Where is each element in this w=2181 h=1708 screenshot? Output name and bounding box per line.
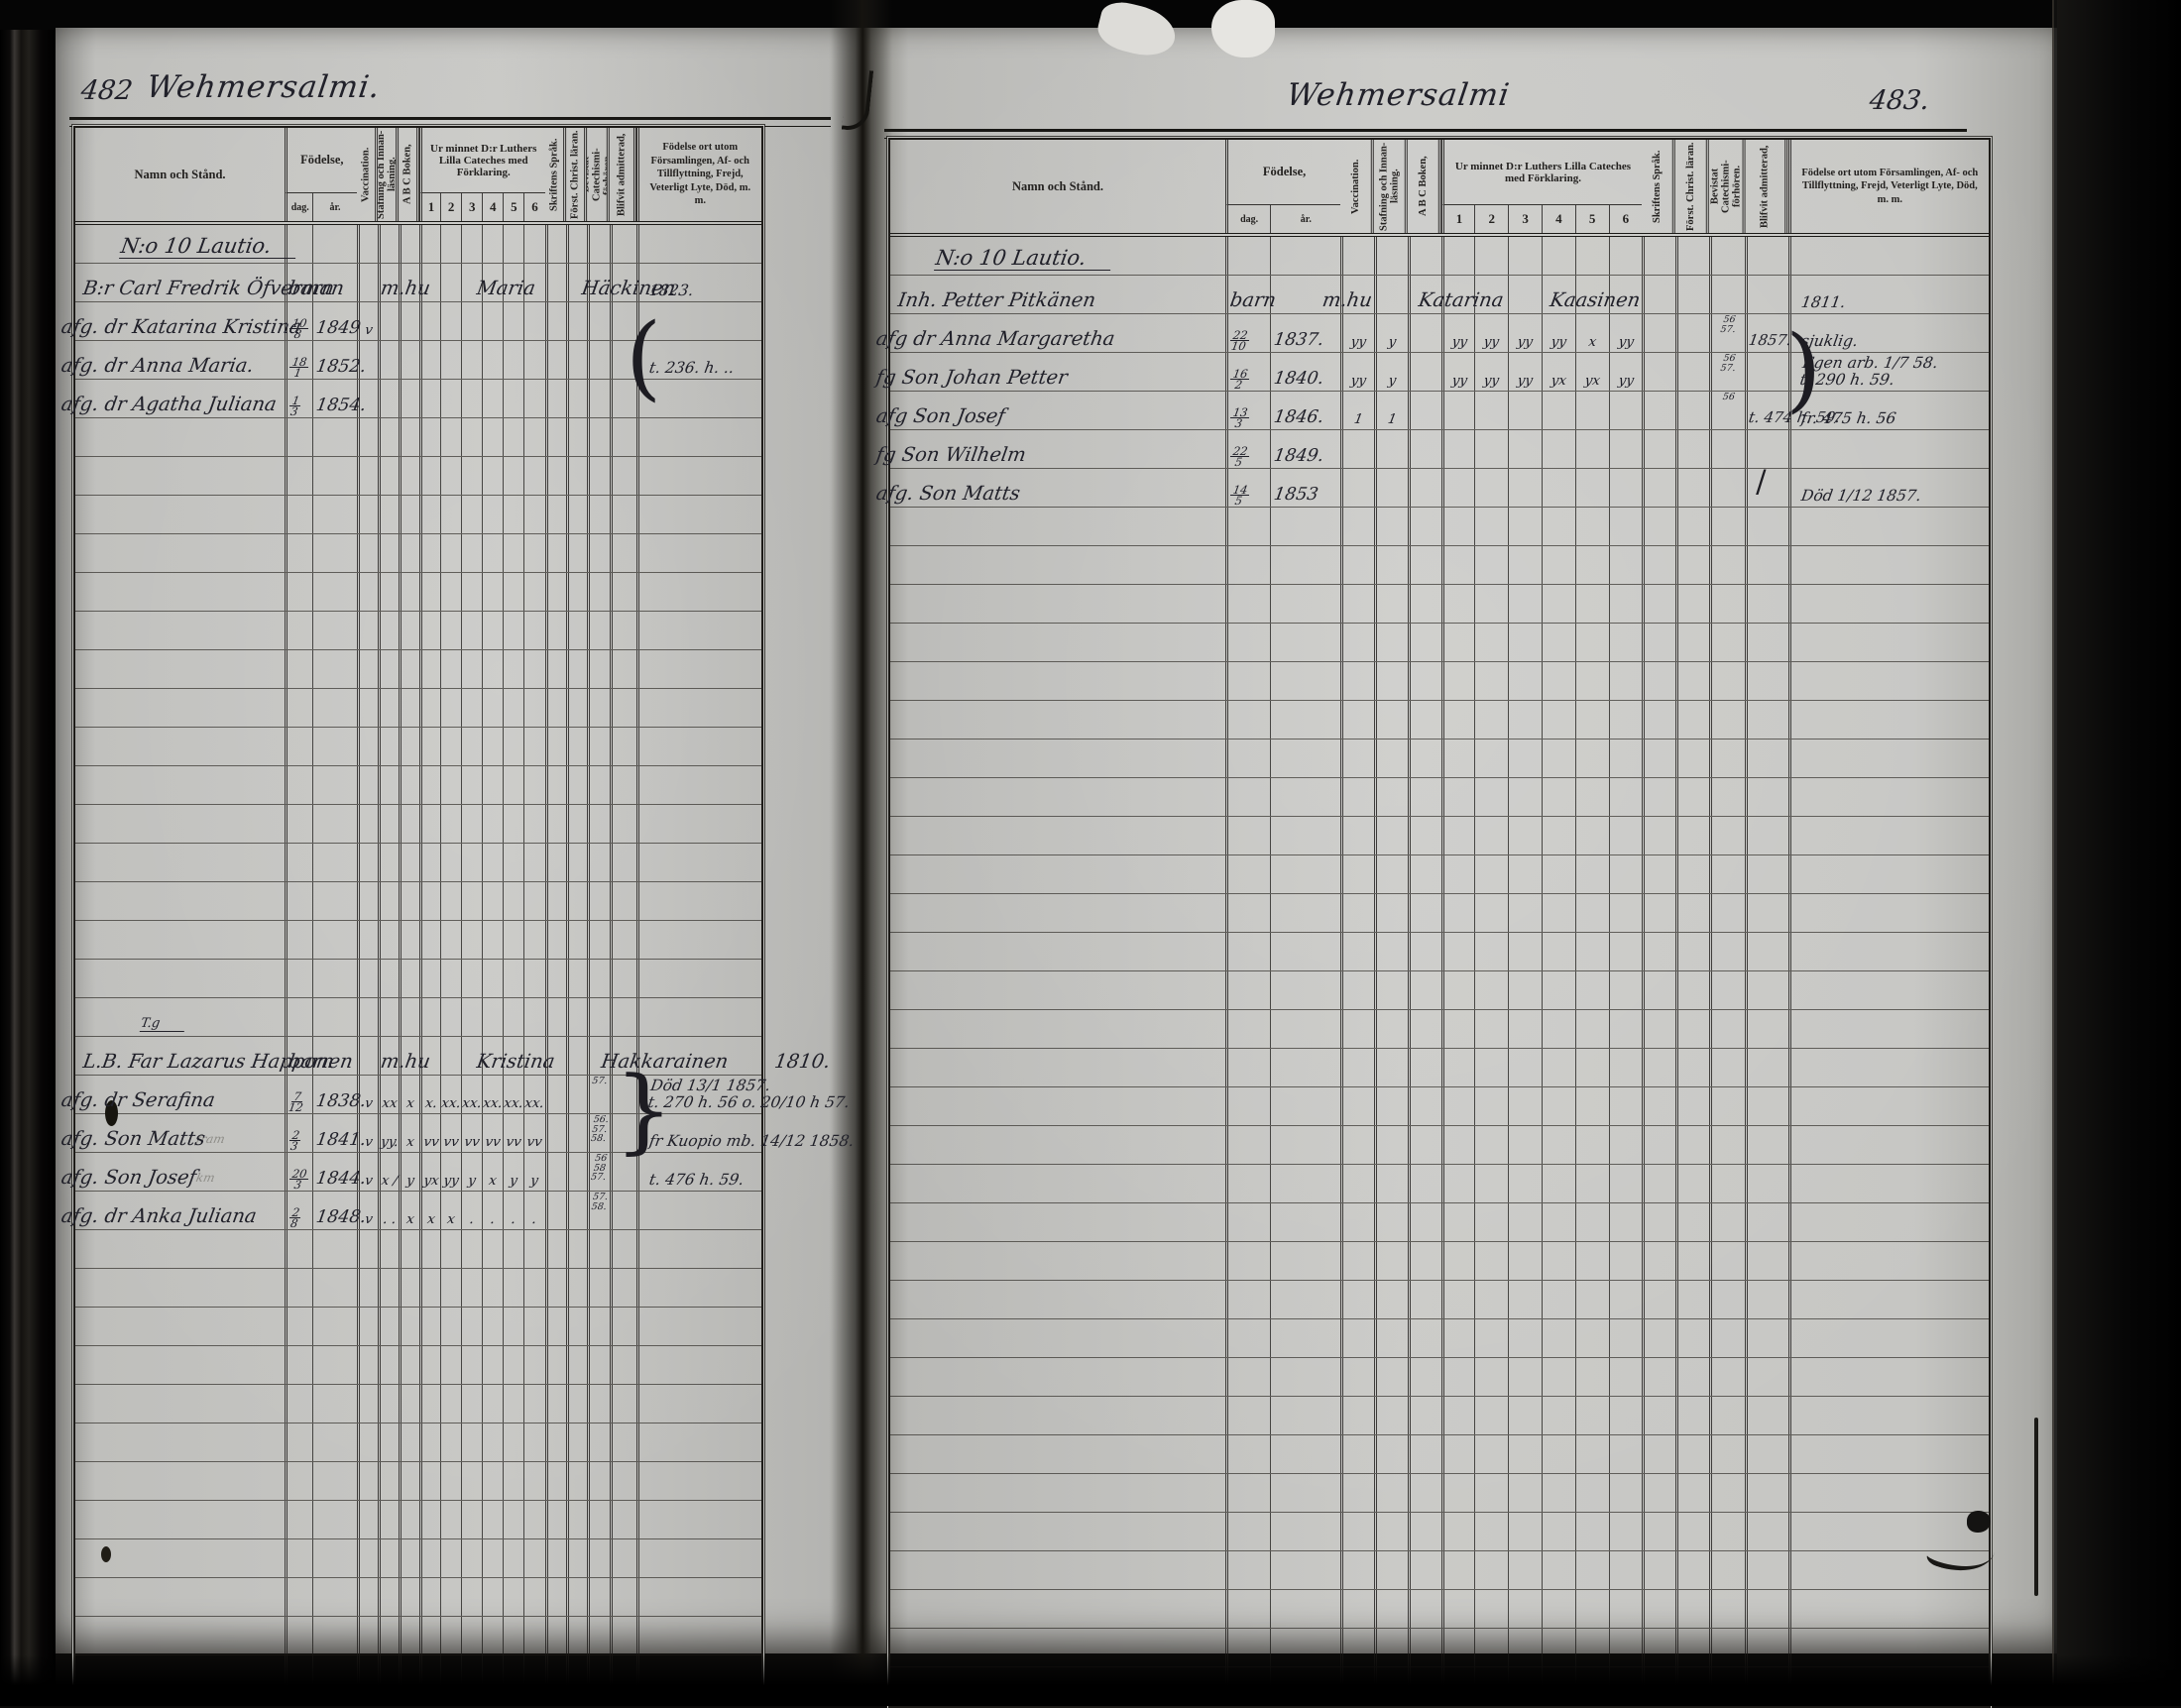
cell-c4	[1542, 778, 1575, 816]
spelling-mark: xx	[379, 1095, 400, 1111]
cell-c2	[440, 1308, 461, 1345]
cell-c4	[482, 728, 503, 765]
cell-bev	[587, 998, 610, 1036]
cell-blif	[1745, 1281, 1787, 1318]
birth-day: 203	[287, 1169, 309, 1190]
birth-year: 1852.	[315, 357, 368, 377]
cell-c5	[503, 882, 523, 920]
cell-vacc	[1340, 1087, 1374, 1125]
table-row	[75, 1617, 761, 1655]
cell-staf	[378, 612, 399, 649]
cell-remark	[1788, 662, 1989, 700]
cell-c3	[461, 496, 482, 533]
cell-vacc	[1340, 508, 1374, 545]
cell-staf	[1374, 1513, 1408, 1550]
table-row	[75, 573, 761, 612]
cell-name: afg. dr Agatha Juliana	[75, 380, 285, 417]
cell-c3	[461, 728, 482, 765]
cell-blif	[1745, 469, 1787, 507]
cell-dag	[285, 882, 312, 920]
cell-name	[75, 1501, 285, 1538]
cell-c4	[1542, 1435, 1575, 1473]
cell-bev: 57.	[587, 1076, 610, 1113]
cell-vacc: yy	[1340, 353, 1374, 391]
cell-c3	[461, 418, 482, 456]
cell-c6	[523, 534, 544, 572]
cell-c6	[1609, 778, 1643, 816]
cell-c2	[440, 1617, 461, 1654]
cell-c5	[503, 573, 523, 611]
cell-c5	[1575, 701, 1609, 739]
abc-mark: y	[400, 1173, 420, 1189]
catechism-mark: yy	[1508, 373, 1544, 389]
cell-blif	[610, 1617, 636, 1654]
cell-name	[890, 1087, 1225, 1125]
cell-skrift	[545, 573, 566, 611]
cell-name: afg. dr Katarina Kristina	[75, 302, 285, 340]
cell-c2	[440, 998, 461, 1036]
cell-abc	[1408, 1513, 1441, 1550]
cell-blif	[1745, 237, 1787, 275]
cell-bev	[1709, 546, 1746, 584]
cell-c5	[1575, 778, 1609, 816]
cell-abc	[399, 302, 419, 340]
cell-c1	[1441, 855, 1475, 893]
cell-name: afg. Son Mattsfram	[75, 1114, 285, 1152]
person-name: afg. dr Serafina	[59, 1088, 216, 1111]
table-row: N:o 10 Lautio.	[890, 237, 1989, 276]
cell-c6	[523, 805, 544, 843]
cell-c4	[1542, 971, 1575, 1009]
cell-c5	[1575, 1281, 1609, 1318]
cell-vacc	[357, 960, 378, 997]
cell-name: afg. Son Josefkm	[75, 1153, 285, 1191]
cell-c5	[503, 960, 523, 997]
cell-forst	[1675, 624, 1709, 661]
cell-dag: 181	[285, 341, 312, 379]
cell-forst	[1675, 1551, 1709, 1589]
catechism-mark: x	[1574, 334, 1610, 350]
cell-c3	[1508, 1551, 1542, 1589]
remark-note: t. 236. h. ..	[647, 360, 735, 377]
cell-abc	[1408, 508, 1441, 545]
cell-c2: yy	[1474, 314, 1508, 352]
cell-vacc	[357, 650, 378, 688]
cell-c5	[1575, 1203, 1609, 1241]
cell-forst	[566, 1230, 587, 1268]
cell-bev	[1709, 585, 1746, 623]
cell-skrift	[1642, 585, 1675, 623]
cell-dag: 712	[285, 1076, 312, 1113]
cell-forst	[566, 225, 587, 263]
cell-remark: Egen arb. 1/7 58.t. 290 h. 59.	[1788, 353, 1989, 391]
cell-c1	[1441, 1049, 1475, 1086]
cell-staf	[1374, 469, 1408, 507]
vaccination-mark: v	[358, 322, 379, 338]
abc-mark: x	[400, 1095, 420, 1111]
cell-c5	[503, 766, 523, 804]
cell-bev	[1709, 1590, 1746, 1628]
cell-c4	[1542, 1281, 1575, 1318]
catechism-mark: y	[503, 1173, 525, 1189]
cell-bev: 56 57.	[1709, 314, 1746, 352]
cell-abc: x	[399, 1114, 419, 1152]
cell-vacc	[357, 1539, 378, 1577]
cell-c2	[440, 496, 461, 533]
column-header-christian-doctrine: Först. Christ. läran.	[1675, 140, 1709, 233]
cell-staf	[378, 728, 399, 765]
cell-c1	[1441, 392, 1475, 429]
cell-c3	[461, 534, 482, 572]
table-row	[75, 1269, 761, 1308]
cell-dag: 2210	[1225, 314, 1270, 352]
cell-blif	[610, 534, 636, 572]
cell-c1	[419, 380, 440, 417]
cell-dag	[285, 766, 312, 804]
column-header-scripture: Skriftens Språk.	[545, 128, 566, 221]
cell-vacc	[357, 496, 378, 533]
cell-ar	[312, 998, 356, 1036]
cell-c5	[503, 1501, 523, 1538]
cell-staf: 1	[1374, 392, 1408, 429]
cell-forst	[1675, 1281, 1709, 1318]
cell-skrift	[545, 1153, 566, 1191]
cell-ar	[1270, 662, 1340, 700]
cell-c1	[1441, 817, 1475, 854]
cell-ar	[1270, 237, 1340, 275]
cell-staf	[1374, 971, 1408, 1009]
catechism-mark: xx.	[503, 1095, 525, 1111]
cell-c2	[1474, 1087, 1508, 1125]
cell-c6	[523, 728, 544, 765]
catechism-mark: .	[523, 1211, 546, 1227]
cell-abc	[1408, 817, 1441, 854]
cell-abc	[1408, 701, 1441, 739]
household-heading: N:o 10 Lautio.	[934, 246, 1113, 271]
cell-vacc	[357, 573, 378, 611]
column-header-attended-exams: Bevistat Catechismi-förhören.	[1709, 140, 1746, 233]
remark-note: sjuklig.	[1799, 333, 1859, 350]
cell-c3	[1508, 392, 1542, 429]
cell-forst	[1675, 1590, 1709, 1628]
cell-remark	[1788, 585, 1989, 623]
cell-bev	[1709, 1513, 1746, 1550]
cell-skrift	[545, 1385, 566, 1423]
table-row	[890, 585, 1989, 624]
cell-c6	[1609, 855, 1643, 893]
cell-abc	[1408, 353, 1441, 391]
cell-c2	[1474, 1126, 1508, 1164]
cell-skrift	[1642, 1474, 1675, 1512]
column-header-catechism-1: 1	[1441, 205, 1475, 233]
cell-skrift	[545, 805, 566, 843]
cell-abc	[1408, 1203, 1441, 1241]
cell-name	[890, 1513, 1225, 1550]
cell-forst	[566, 1578, 587, 1616]
cell-ar	[1270, 1590, 1340, 1628]
cell-c5: x	[1575, 314, 1609, 352]
cell-abc	[399, 960, 419, 997]
cell-ar	[312, 1269, 356, 1307]
cell-skrift	[1642, 353, 1675, 391]
cell-name: B:r Carl Fredrik Öfverman	[75, 264, 285, 301]
cell-remark	[636, 1346, 761, 1384]
table-row	[890, 1474, 1989, 1513]
cell-c5	[503, 457, 523, 495]
cell-bev	[587, 1230, 610, 1268]
cell-dag	[285, 418, 312, 456]
cell-staf	[378, 766, 399, 804]
cell-blif	[610, 766, 636, 804]
table-row: fg Son Wilhelm2251849.	[890, 430, 1989, 469]
cell-blif	[1745, 855, 1787, 893]
cell-c5	[503, 1230, 523, 1268]
cell-c3	[1508, 894, 1542, 932]
table-row	[890, 1242, 1989, 1281]
cell-remark	[1788, 740, 1989, 777]
cell-c6	[523, 380, 544, 417]
cell-dag	[1225, 1203, 1270, 1241]
cell-c2: yy	[1474, 353, 1508, 391]
cell-remark	[1788, 855, 1989, 893]
cell-c6	[1609, 508, 1643, 545]
cell-vacc	[357, 882, 378, 920]
cell-c3	[1508, 585, 1542, 623]
table-row: afg. Son Mattsfram231841.vyy.xvvvvvvvvvv…	[75, 1114, 761, 1153]
cell-abc	[399, 650, 419, 688]
cell-c3	[1508, 1474, 1542, 1512]
cell-forst	[1675, 1087, 1709, 1125]
table-row	[75, 960, 761, 998]
family-annotation: barn m.hu Katarina Kaasinen	[1229, 288, 1643, 311]
cell-blif	[610, 1423, 636, 1461]
table-row	[890, 1551, 1989, 1590]
table-row: T.g	[75, 998, 761, 1037]
cell-c5	[1575, 1242, 1609, 1280]
cell-c1	[419, 689, 440, 727]
cell-c6	[523, 225, 544, 263]
cell-c2	[1474, 1010, 1508, 1048]
table-row	[75, 689, 761, 728]
cell-c5	[1575, 1513, 1609, 1550]
person-name: fg Son Wilhelm	[874, 443, 1027, 466]
cell-c4	[482, 1385, 503, 1423]
cell-ar	[1270, 585, 1340, 623]
cell-c1	[419, 1385, 440, 1423]
cell-dag	[1225, 778, 1270, 816]
cell-vacc	[357, 457, 378, 495]
cell-c4	[1542, 237, 1575, 275]
cell-c2	[1474, 1435, 1508, 1473]
cell-forst	[1675, 817, 1709, 854]
cell-staf	[378, 573, 399, 611]
vaccination-mark: yy	[1342, 334, 1376, 350]
cell-vacc	[1340, 1474, 1374, 1512]
person-name: fg Son Johan Petter	[874, 366, 1069, 389]
cell-abc	[1408, 314, 1441, 352]
cell-abc	[1408, 740, 1441, 777]
cell-vacc	[357, 998, 378, 1036]
cell-c6	[523, 650, 544, 688]
cell-c2	[440, 1269, 461, 1307]
cell-staf	[1374, 1358, 1408, 1396]
cell-skrift	[1642, 1513, 1675, 1550]
cell-c2	[440, 1346, 461, 1384]
cell-staf	[378, 1269, 399, 1307]
table-row	[890, 1010, 1989, 1049]
cell-skrift	[545, 921, 566, 959]
cell-skrift	[545, 882, 566, 920]
column-header-birth-year: år.	[312, 193, 356, 221]
cell-forst	[1675, 314, 1709, 352]
cell-c1	[1441, 430, 1475, 468]
table-row: fg Son Johan Petter1621840.yyyyyyyyyyxyx…	[890, 353, 1989, 392]
table-body-right: N:o 10 Lautio.Inh. Petter Pitkänen1811.b…	[890, 237, 1989, 1706]
admitted-note: 1857.	[1748, 331, 1793, 349]
cell-bev	[587, 921, 610, 959]
cell-staf	[378, 960, 399, 997]
column-header-attended-exams: Bevistat Catechismi-förhören.	[587, 128, 610, 221]
cell-c2	[440, 457, 461, 495]
column-header-catechism-1: 1	[419, 193, 440, 221]
cell-vacc	[357, 534, 378, 572]
cell-c4: vv	[482, 1114, 503, 1152]
cell-abc	[1408, 1126, 1441, 1164]
cell-name	[890, 1010, 1225, 1048]
cell-c5: xx.	[503, 1076, 523, 1113]
cell-remark	[1788, 1165, 1989, 1202]
cell-c4	[482, 1346, 503, 1384]
cell-ar	[1270, 701, 1340, 739]
cell-bev	[587, 380, 610, 417]
cell-name	[890, 1435, 1225, 1473]
table-row: N:o 10 Lautio.	[75, 225, 761, 264]
cell-c5: yx	[1575, 353, 1609, 391]
cell-skrift	[545, 1192, 566, 1229]
cell-bev	[1709, 624, 1746, 661]
cell-blif	[1745, 546, 1787, 584]
cell-blif: t. 474 h. 59.	[1745, 392, 1787, 429]
birth-day: 13	[287, 396, 302, 416]
cell-staf	[1374, 1281, 1408, 1318]
cell-c6	[523, 1346, 544, 1384]
cell-staf: y	[1374, 353, 1408, 391]
cell-c1	[419, 612, 440, 649]
cell-forst	[566, 302, 587, 340]
cell-remark: Död 1/12 1857.	[1788, 469, 1989, 507]
cell-staf	[1374, 933, 1408, 970]
cell-dag	[285, 844, 312, 881]
cell-bev	[587, 805, 610, 843]
cell-bev	[1709, 1435, 1746, 1473]
cell-remark	[636, 844, 761, 881]
cell-dag	[1225, 1474, 1270, 1512]
cell-c5	[503, 380, 523, 417]
cell-c2	[1474, 1242, 1508, 1280]
cell-name	[890, 1049, 1225, 1086]
table-row	[75, 1423, 761, 1462]
cell-remark: fr Kuopio mb. 14/12 1858.	[636, 1114, 761, 1152]
cell-staf: xx	[378, 1076, 399, 1113]
cell-vacc	[1340, 778, 1374, 816]
cell-skrift	[545, 1617, 566, 1654]
cell-bev	[1709, 1010, 1746, 1048]
cell-vacc	[357, 612, 378, 649]
cell-forst	[566, 1153, 587, 1191]
birth-day: 23	[287, 1130, 302, 1151]
cell-c4	[1542, 1474, 1575, 1512]
cell-remark	[1788, 1513, 1989, 1550]
cell-ar	[312, 1578, 356, 1616]
spelling-mark: y	[1376, 373, 1410, 389]
cell-c5	[1575, 1397, 1609, 1434]
cell-vacc	[1340, 624, 1374, 661]
cell-name: fg Son Wilhelm	[890, 430, 1225, 468]
cell-c2	[440, 689, 461, 727]
cell-blif	[1745, 1397, 1787, 1434]
cell-abc	[399, 882, 419, 920]
cell-c4: x	[482, 1153, 503, 1191]
cell-vacc	[1340, 469, 1374, 507]
cell-skrift	[1642, 1203, 1675, 1241]
cell-blif	[1745, 971, 1787, 1009]
cell-skrift	[1642, 778, 1675, 816]
cell-dag	[285, 1346, 312, 1384]
cell-c4	[1542, 585, 1575, 623]
cell-staf	[378, 689, 399, 727]
cell-ar	[1270, 1435, 1340, 1473]
cell-c1	[1441, 971, 1475, 1009]
cell-dag: 145	[1225, 469, 1270, 507]
cell-c4	[482, 534, 503, 572]
column-header-catechism-6: 6	[523, 193, 544, 221]
cell-remark	[636, 1423, 761, 1461]
cell-vacc	[1340, 894, 1374, 932]
cell-c1	[1441, 546, 1475, 584]
cell-c1	[419, 1462, 440, 1500]
cell-dag	[285, 1501, 312, 1538]
cell-forst	[566, 882, 587, 920]
cell-name	[75, 1539, 285, 1577]
cell-bev	[587, 1539, 610, 1577]
cell-bev	[587, 612, 610, 649]
cell-dag: 225	[1225, 430, 1270, 468]
cell-ar	[312, 457, 356, 495]
cell-c6	[1609, 1319, 1643, 1357]
cell-c4	[1542, 1358, 1575, 1396]
cell-c4	[482, 1501, 503, 1538]
cell-blif	[610, 805, 636, 843]
cell-dag	[285, 650, 312, 688]
cell-abc	[399, 689, 419, 727]
catechism-mark: .	[461, 1211, 484, 1227]
birth-year: 1853	[1273, 485, 1320, 505]
cell-skrift	[545, 1308, 566, 1345]
cell-remark	[636, 496, 761, 533]
cell-vacc	[1340, 662, 1374, 700]
cell-vacc	[1340, 1590, 1374, 1628]
birth-day: 225	[1228, 446, 1250, 467]
cell-c2	[1474, 1474, 1508, 1512]
cell-c5	[1575, 1126, 1609, 1164]
cell-remark	[1788, 894, 1989, 932]
cell-c5	[503, 341, 523, 379]
cell-dag	[285, 689, 312, 727]
cell-c1	[419, 302, 440, 340]
cell-staf	[1374, 237, 1408, 275]
cell-dag	[1225, 817, 1270, 854]
cell-remark	[636, 1230, 761, 1268]
